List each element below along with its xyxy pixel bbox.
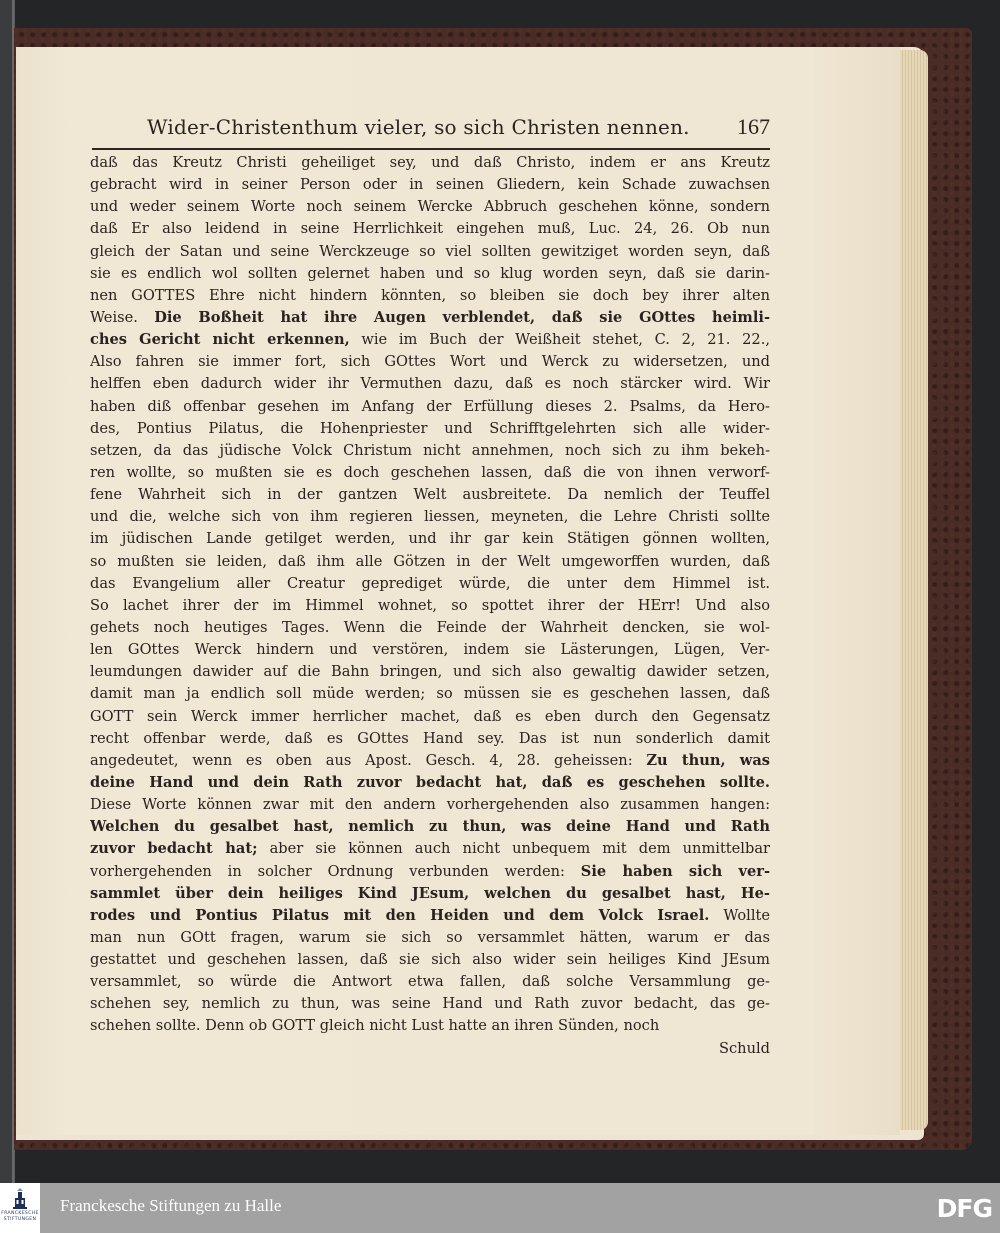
text-line: Welchen du gesalbet hast, nemlich zu thu…: [90, 816, 770, 838]
franckesche-emblem-icon: [12, 1187, 28, 1211]
emphasized-text: Sie haben sich ver-: [581, 863, 770, 880]
book-scan: Wider-Christenthum vieler, so sich Chris…: [0, 0, 1000, 1183]
text-line: So lachet ihrer der im Himmel wohnet, so…: [90, 595, 770, 617]
dfg-logo[interactable]: DFG: [937, 1194, 992, 1223]
text-span: daß Er also leidend in seine Herrlichkei…: [90, 220, 770, 237]
text-span: fene Wahrheit sich in der gantzen Welt a…: [90, 486, 770, 503]
text-span: man nun GOtt fragen, warum sie sich so v…: [90, 929, 770, 946]
text-span: versammlet, so würde die Antwort etwa fa…: [90, 973, 770, 990]
text-line: sammlet über dein heiliges Kind JEsum, w…: [90, 883, 770, 905]
text-span: setzen, da das jüdische Volck Christum n…: [90, 442, 770, 459]
text-line: Also fahren sie immer fort, sich GOttes …: [90, 351, 770, 373]
text-line: len GOttes Werck hindern und verstören, …: [90, 639, 770, 661]
emphasized-text: deine Hand und dein Rath zuvor bedacht h…: [90, 774, 770, 791]
text-span: ren wollte, so mußten sie es doch gesche…: [90, 464, 770, 481]
text-span: leumdungen dawider auf die Bahn bringen,…: [90, 663, 770, 680]
institution-name[interactable]: Franckesche Stiftungen zu Halle: [60, 1196, 281, 1216]
text-span: Weise.: [90, 309, 154, 326]
text-line: daß Er also leidend in seine Herrlichkei…: [90, 218, 770, 240]
text-line: man nun GOtt fragen, warum sie sich so v…: [90, 927, 770, 949]
text-line: leumdungen dawider auf die Bahn bringen,…: [90, 661, 770, 683]
text-span: im jüdischen Lande getilget werden, und …: [90, 530, 770, 547]
text-line: zuvor bedacht hat; aber sie können auch …: [90, 838, 770, 860]
text-span: schehen sollte. Denn ob GOTT gleich nich…: [90, 1017, 659, 1034]
text-line: und weder seinem Worte noch seinem Werck…: [90, 196, 770, 218]
text-span: So lachet ihrer der im Himmel wohnet, so…: [90, 597, 770, 614]
text-line: setzen, da das jüdische Volck Christum n…: [90, 440, 770, 462]
emphasized-text: zuvor bedacht hat;: [90, 840, 257, 857]
text-line: rodes und Pontius Pilatus mit den Heiden…: [90, 905, 770, 927]
text-line: nen GOTTES Ehre nicht hindern könnten, s…: [90, 285, 770, 307]
header-rule: [92, 148, 770, 150]
text-line: schehen sey, nemlich zu thun, was seine …: [90, 993, 770, 1015]
text-line: des, Pontius Pilatus, die Hohenpriester …: [90, 418, 770, 440]
text-line: Diese Worte können zwar mit den andern v…: [90, 794, 770, 816]
text-line: schehen sollte. Denn ob GOTT gleich nich…: [90, 1015, 770, 1037]
text-span: gestattet und geschehen lassen, daß sie …: [90, 951, 770, 968]
text-line: helffen eben dadurch wider ihr Vermuthen…: [90, 373, 770, 395]
emphasized-text: rodes und Pontius Pilatus mit den Heiden…: [90, 907, 709, 924]
running-title: Wider-Christenthum vieler, so sich Chris…: [147, 115, 690, 139]
text-span: sie es endlich wol sollten gelernet habe…: [90, 265, 770, 282]
viewer-footer: FRANCKESCHE STIFTUNGEN Franckesche Stift…: [0, 1183, 1000, 1233]
franckesche-logo[interactable]: FRANCKESCHE STIFTUNGEN: [0, 1183, 40, 1233]
text-line: recht offenbar werde, daß es GOttes Hand…: [90, 728, 770, 750]
text-line: sie es endlich wol sollten gelernet habe…: [90, 263, 770, 285]
text-line: ren wollte, so mußten sie es doch gesche…: [90, 462, 770, 484]
emphasized-text: ches Gericht nicht erkennen,: [90, 331, 350, 348]
text-span: und die, welche sich von ihm regieren li…: [90, 508, 770, 525]
text-span: daß das Kreutz Christi geheiliget sey, u…: [90, 154, 770, 171]
text-line: gehets noch heutiges Tages. Wenn die Fei…: [90, 617, 770, 639]
text-span: GOTT sein Werck immer herrlicher machet,…: [90, 708, 770, 725]
text-line: im jüdischen Lande getilget werden, und …: [90, 528, 770, 550]
text-line: vorhergehenden in solcher Ordnung verbun…: [90, 861, 770, 883]
text-line: und die, welche sich von ihm regieren li…: [90, 506, 770, 528]
text-line: GOTT sein Werck immer herrlicher machet,…: [90, 706, 770, 728]
text-line: so mußten sie leiden, daß ihm alle Götze…: [90, 551, 770, 573]
page-fore-edge: [900, 50, 928, 1130]
text-line: deine Hand und dein Rath zuvor bedacht h…: [90, 772, 770, 794]
catchword: Schuld: [90, 1038, 770, 1060]
text-span: vorhergehenden in solcher Ordnung verbun…: [90, 863, 581, 880]
text-span: damit man ja endlich soll müde werden; s…: [90, 685, 770, 702]
text-span: aber sie können auch nicht unbequem mit …: [257, 840, 770, 857]
text-span: nen GOTTES Ehre nicht hindern könnten, s…: [90, 287, 770, 304]
text-span: angedeutet, wenn es oben aus Apost. Gesc…: [90, 752, 646, 769]
text-span: len GOttes Werck hindern und verstören, …: [90, 641, 770, 658]
text-line: damit man ja endlich soll müde werden; s…: [90, 683, 770, 705]
text-span: gleich der Satan und seine Werckzeuge so…: [90, 243, 770, 260]
text-span: gehets noch heutiges Tages. Wenn die Fei…: [90, 619, 770, 636]
text-span: Also fahren sie immer fort, sich GOttes …: [90, 353, 770, 370]
text-line: versammlet, so würde die Antwort etwa fa…: [90, 971, 770, 993]
text-line: daß das Kreutz Christi geheiliget sey, u…: [90, 152, 770, 174]
text-span: und weder seinem Worte noch seinem Werck…: [90, 198, 770, 215]
text-line: gestattet und geschehen lassen, daß sie …: [90, 949, 770, 971]
text-line: das Evangelium aller Creatur geprediget …: [90, 573, 770, 595]
text-span: schehen sey, nemlich zu thun, was seine …: [90, 995, 770, 1012]
text-line: Weise. Die Boßheit hat ihre Augen verble…: [90, 307, 770, 329]
text-span: helffen eben dadurch wider ihr Vermuthen…: [90, 375, 770, 392]
text-line: angedeutet, wenn es oben aus Apost. Gesc…: [90, 750, 770, 772]
text-span: haben diß offenbar gesehen im Anfang der…: [90, 398, 770, 415]
emphasized-text: Die Boßheit hat ihre Augen verblendet, d…: [154, 309, 770, 326]
body-text: daß das Kreutz Christi geheiliget sey, u…: [90, 152, 770, 1060]
emphasized-text: Welchen du gesalbet hast, nemlich zu thu…: [90, 818, 770, 835]
text-line: gebracht wird in seiner Person oder in s…: [90, 174, 770, 196]
text-span: des, Pontius Pilatus, die Hohenpriester …: [90, 420, 770, 437]
text-span: wie im Buch der Weißheit stehet, C. 2, 2…: [350, 331, 770, 348]
text-line: ches Gericht nicht erkennen, wie im Buch…: [90, 329, 770, 351]
page-number: 167: [737, 114, 770, 140]
logo-text-line2: STIFTUNGEN: [4, 1217, 37, 1223]
emphasized-text: Zu thun, was: [646, 752, 770, 769]
text-span: gebracht wird in seiner Person oder in s…: [90, 176, 770, 193]
text-span: Diese Worte können zwar mit den andern v…: [90, 796, 770, 813]
page-header: Wider-Christenthum vieler, so sich Chris…: [92, 114, 770, 144]
text-line: gleich der Satan und seine Werckzeuge so…: [90, 241, 770, 263]
text-line: haben diß offenbar gesehen im Anfang der…: [90, 396, 770, 418]
text-span: Wollte: [709, 907, 770, 924]
text-span: das Evangelium aller Creatur geprediget …: [90, 575, 770, 592]
text-span: recht offenbar werde, daß es GOttes Hand…: [90, 730, 770, 747]
text-line: fene Wahrheit sich in der gantzen Welt a…: [90, 484, 770, 506]
text-span: so mußten sie leiden, daß ihm alle Götze…: [90, 553, 770, 570]
emphasized-text: sammlet über dein heiliges Kind JEsum, w…: [90, 885, 770, 902]
